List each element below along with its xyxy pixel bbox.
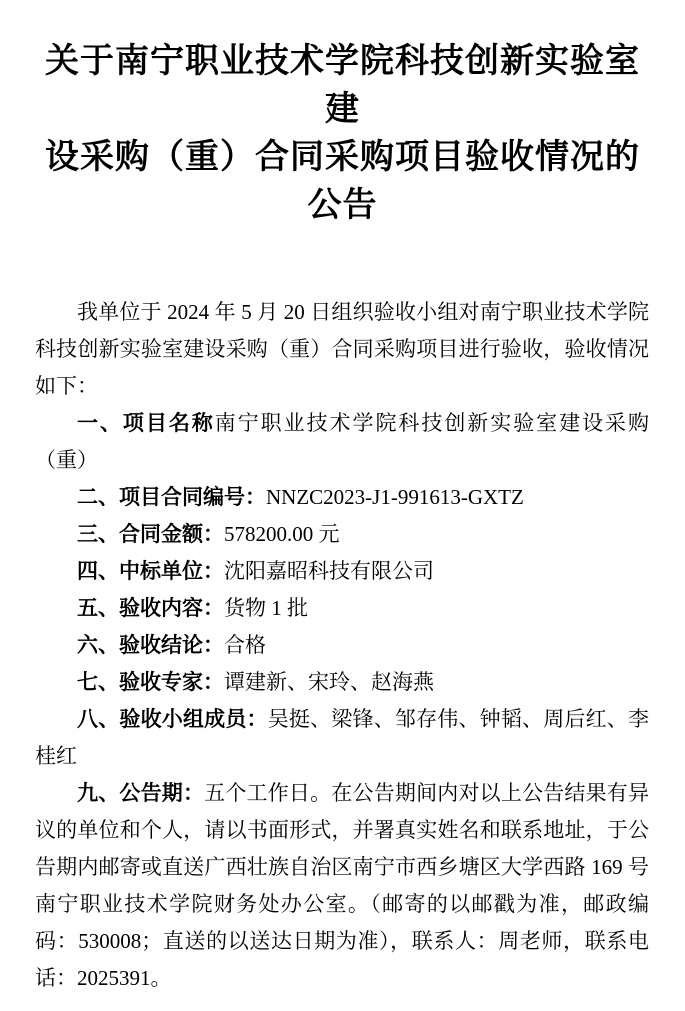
- intro-paragraph: 我单位于 2024 年 5 月 20 日组织验收小组对南宁职业技术学院科技创新实…: [35, 294, 649, 405]
- item-winning-bidder-label: 四、中标单位：: [77, 559, 224, 583]
- announcement-page: 关于南宁职业技术学院科技创新实验室建 设采购（重）合同采购项目验收情况的公告 我…: [0, 0, 685, 1011]
- item-announcement-period-value: 五个工作日。在公告期间内对以上公告结果有异议的单位和个人，请以书面形式，并署真实…: [35, 781, 649, 990]
- item-acceptance-team-label: 八、验收小组成员：: [77, 707, 268, 731]
- page-title-line-1: 关于南宁职业技术学院科技创新实验室建: [45, 43, 640, 128]
- item-acceptance-conclusion: 六、验收结论：合格: [35, 627, 649, 664]
- document-body: 我单位于 2024 年 5 月 20 日组织验收小组对南宁职业技术学院科技创新实…: [35, 294, 649, 997]
- item-acceptance-experts-value: 谭建新、宋玲、赵海燕: [224, 670, 434, 694]
- page-title-line-2: 设采购（重）合同采购项目验收情况的公告: [45, 139, 640, 224]
- item-acceptance-team: 八、验收小组成员：吴挺、梁锋、邹存伟、钟韬、周后红、李桂红: [35, 701, 649, 775]
- item-project-name-label: 一、项目名称: [77, 411, 215, 435]
- item-contract-number-value: NNZC2023-J1-991613-GXTZ: [266, 485, 524, 509]
- item-acceptance-conclusion-label: 六、验收结论：: [77, 633, 224, 657]
- item-contract-amount-value: 578200.00 元: [224, 522, 340, 546]
- item-acceptance-experts-label: 七、验收专家：: [77, 670, 224, 694]
- item-winning-bidder-value: 沈阳嘉昭科技有限公司: [224, 559, 434, 583]
- item-acceptance-experts: 七、验收专家：谭建新、宋玲、赵海燕: [35, 664, 649, 701]
- item-contract-amount-label: 三、合同金额：: [77, 522, 224, 546]
- item-acceptance-conclusion-value: 合格: [224, 633, 266, 657]
- item-contract-number: 二、项目合同编号：NNZC2023-J1-991613-GXTZ: [35, 479, 649, 516]
- item-acceptance-content-label: 五、验收内容：: [77, 596, 224, 620]
- item-acceptance-content: 五、验收内容：货物 1 批: [35, 590, 649, 627]
- item-acceptance-content-value: 货物 1 批: [224, 596, 308, 620]
- page-title: 关于南宁职业技术学院科技创新实验室建 设采购（重）合同采购项目验收情况的公告: [28, 38, 657, 230]
- item-announcement-period-label: 九、公告期：: [77, 781, 204, 805]
- item-announcement-period: 九、公告期：五个工作日。在公告期间内对以上公告结果有异议的单位和个人，请以书面形…: [35, 775, 649, 997]
- item-project-name: 一、项目名称南宁职业技术学院科技创新实验室建设采购（重）: [35, 405, 649, 479]
- item-winning-bidder: 四、中标单位：沈阳嘉昭科技有限公司: [35, 553, 649, 590]
- item-contract-number-label: 二、项目合同编号：: [77, 485, 266, 509]
- item-contract-amount: 三、合同金额：578200.00 元: [35, 516, 649, 553]
